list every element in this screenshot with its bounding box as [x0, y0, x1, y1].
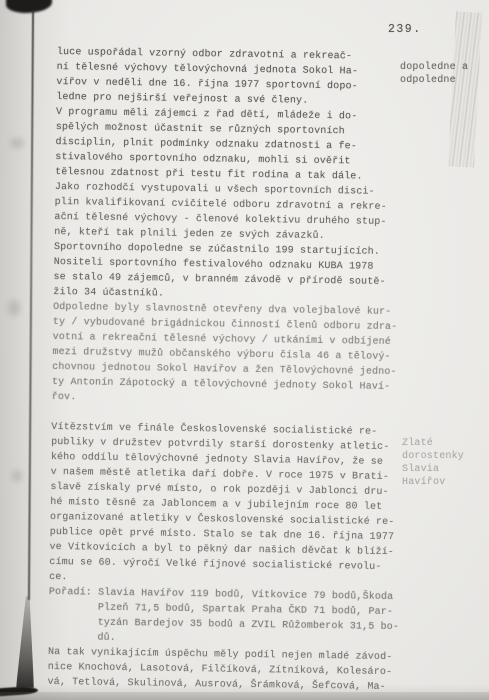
paragraph-rozhodci: Jako rozhodčí vystupovali u všech sporto…: [54, 180, 407, 245]
paper-crease-top-right: [448, 11, 482, 167]
paragraph-vitezstvi-dorostenky: Vítězstvím ve finále Československé soci…: [49, 420, 403, 590]
margin-note-golden-juniors: Zlaté dorostenky Slavia Havířov: [402, 437, 464, 489]
paragraph-poradi: Pořadí: Slavia Havířov 119 bodů, Vítkovi…: [48, 585, 401, 650]
paragraph-dopoledne-ucast: Sportovního dopoledne se zúčastnilo 199 …: [53, 240, 406, 305]
paragraph-intro-continuation: luce uspořádal vzorný odbor zdravotní a …: [56, 45, 409, 110]
paragraph-program: V programu měli zájemci z řad dětí, mlád…: [55, 105, 408, 185]
book-binding-line: [28, 10, 34, 600]
paper-smudge: [8, 300, 20, 316]
page-number: 239.: [388, 23, 422, 36]
scanned-chronicle-page: 239. dopoledne a odpoledne Zlaté doroste…: [0, 0, 489, 700]
typewritten-body: luce uspořádal vzorný odbor zdravotní a …: [47, 45, 409, 695]
scan-artifact-top-left-blot: [6, 0, 52, 13]
margin-note-session-time: dopoledne a odpoledne: [400, 61, 468, 87]
page-bottom-shadow: [0, 692, 489, 700]
paper-smudge: [10, 138, 24, 148]
paper-smudge: [12, 470, 22, 482]
paragraph-zavodnice: Na tak vynikajícím úspěchu měly podíl ne…: [47, 645, 400, 695]
paragraph-odpoledne-kurty: Odpoledne byly slavnostně otevřeny dva v…: [52, 300, 406, 410]
book-binding-shadow-wedge: [16, 596, 34, 688]
